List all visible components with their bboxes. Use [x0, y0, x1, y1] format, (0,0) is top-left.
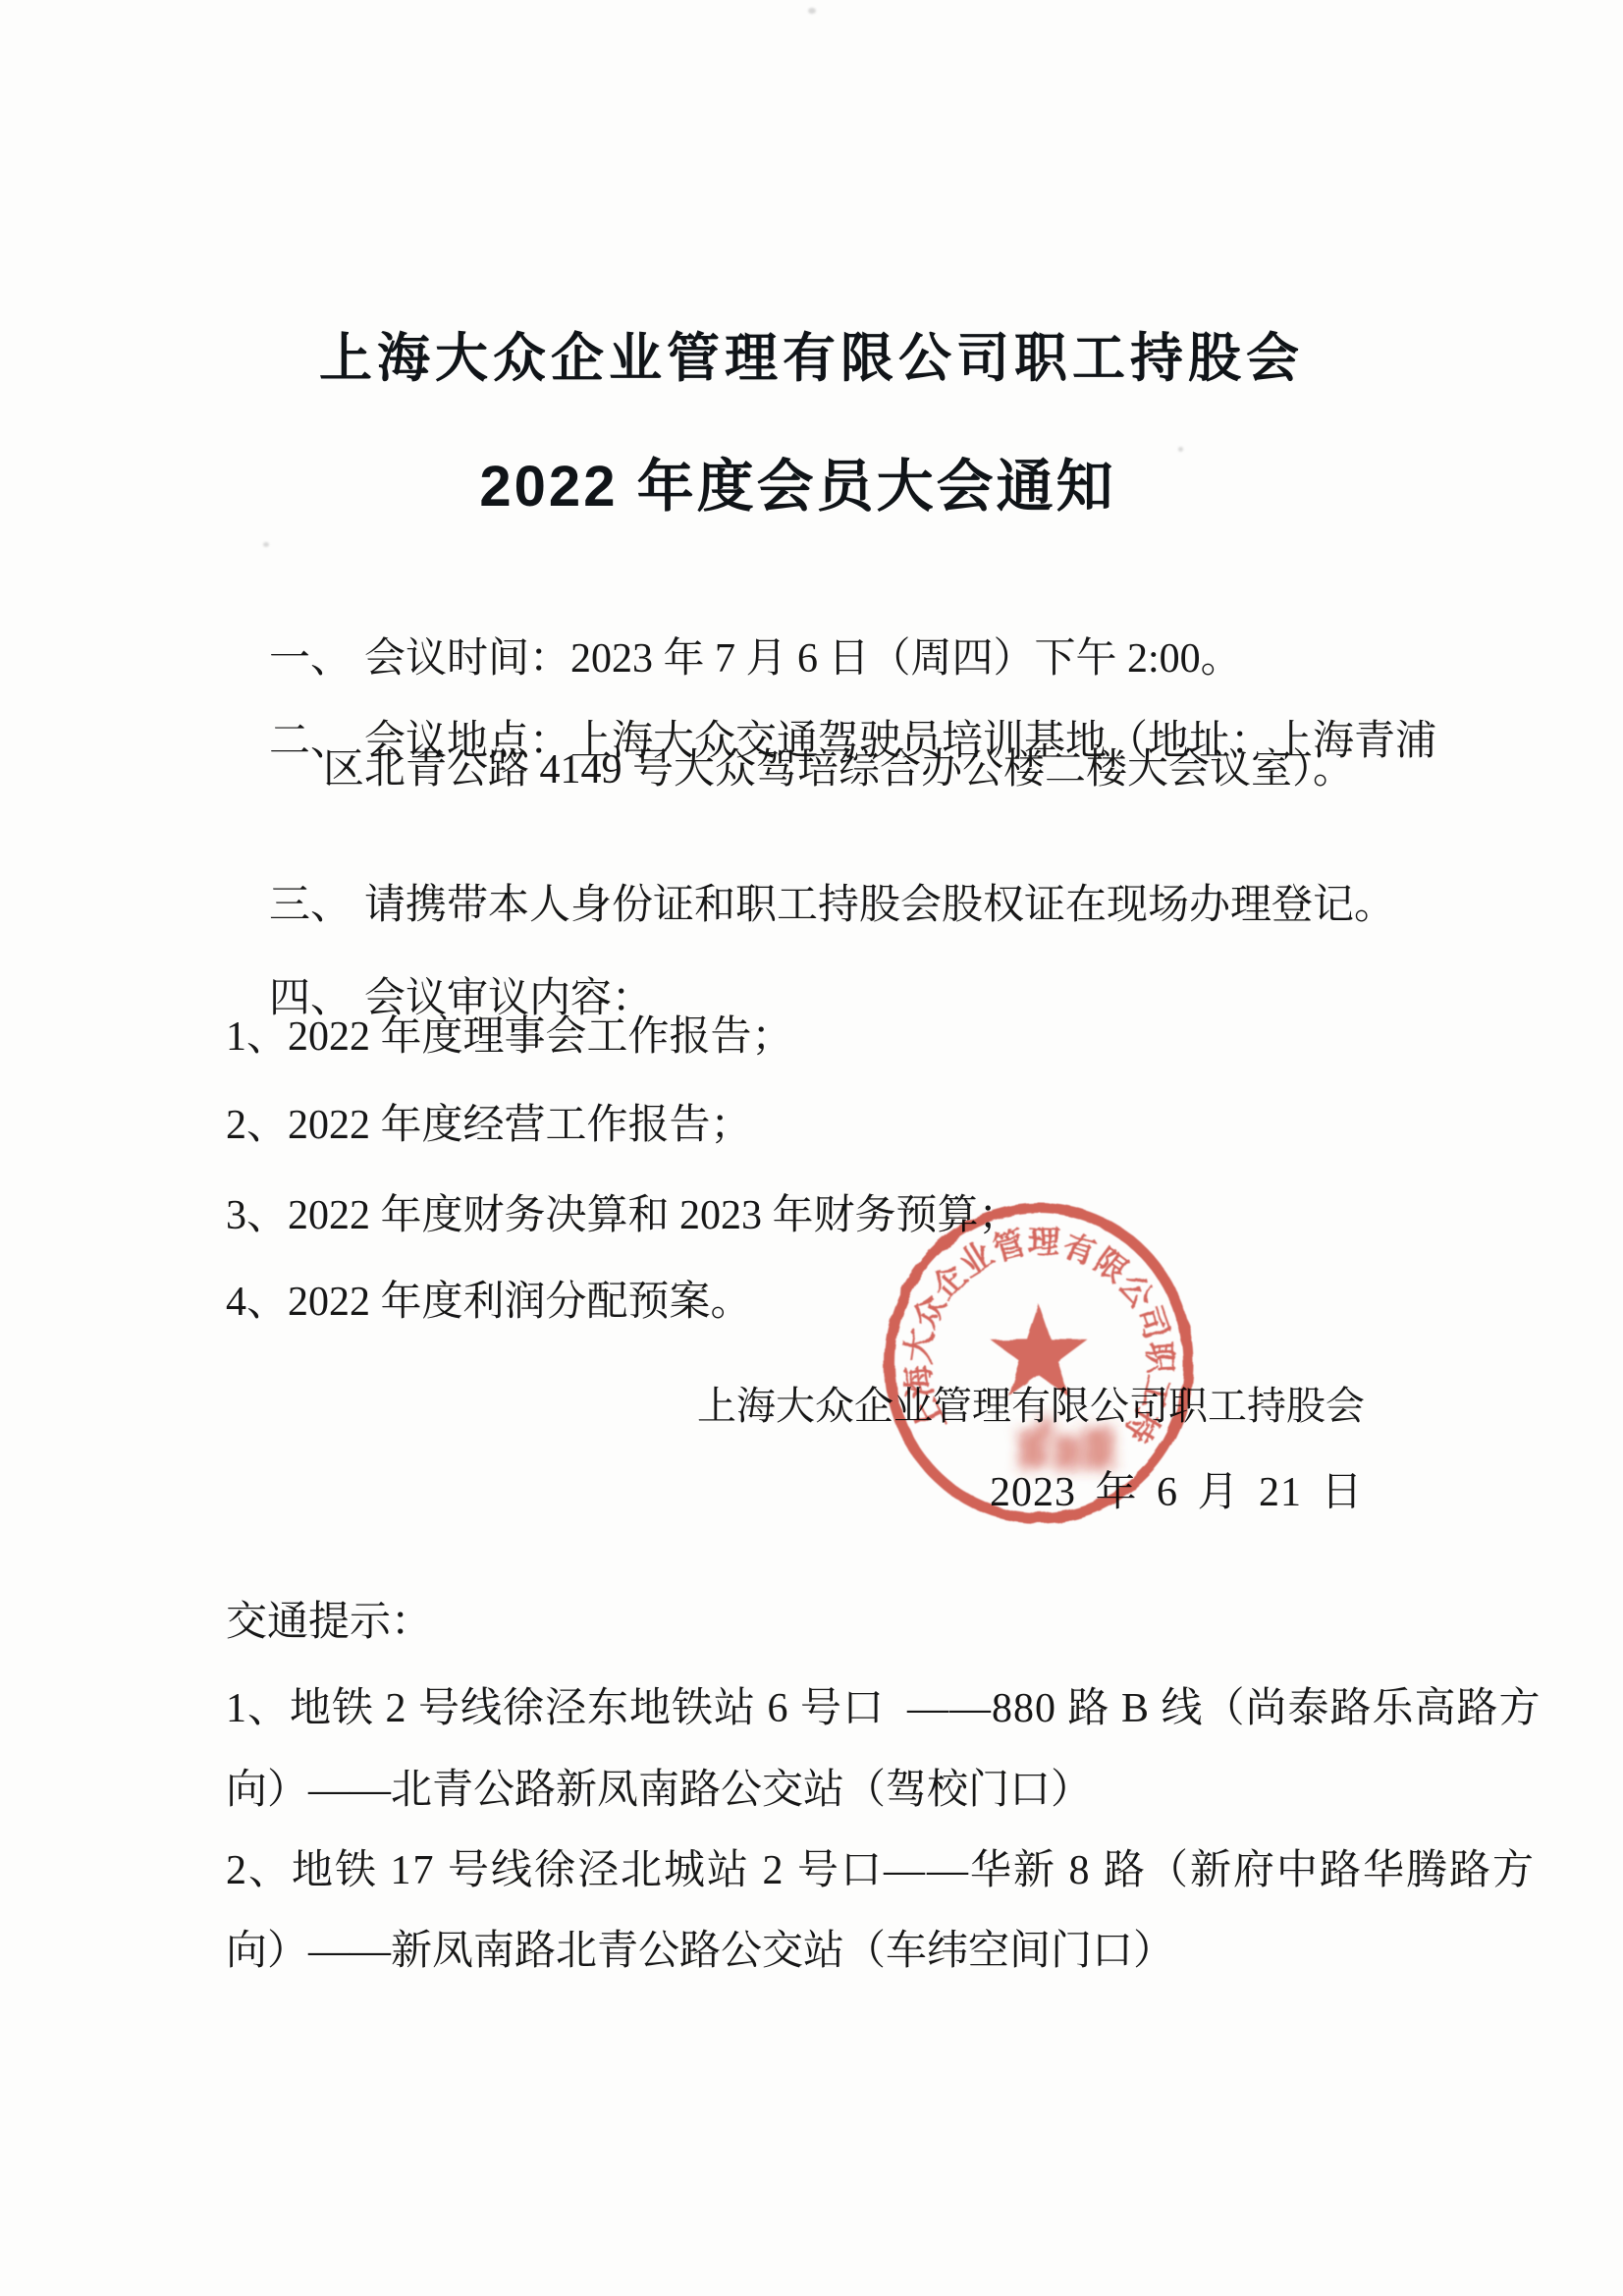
traffic-line-1-continuation: 向）——北青公路新凤南路公交站（驾校门口）: [226, 1765, 1092, 1817]
document-page: 上海大众企业管理有限公司职工持股会 2022 年度会员大会通知 一、会议时间：2…: [0, 0, 1623, 2296]
traffic-heading: 交通提示：: [226, 1597, 432, 1649]
document-title: 上海大众企业管理有限公司职工持股会: [0, 316, 1623, 392]
document-subtitle: 2022 年度会员大会通知: [0, 440, 1596, 522]
agenda-item-2-continuation: 区北青公路 4149 号大众驾培综合办公楼二楼大会议室）。: [323, 744, 1354, 796]
review-item-1: 1、2022 年度理事会工作报告；: [226, 1011, 793, 1064]
review-item-2: 2、2022 年度经营工作报告；: [226, 1100, 752, 1152]
seal-ring-text: 上海大众企业管理有限公司职工持股会: [872, 1191, 1179, 1449]
seal-bottom-smudge: [1019, 1417, 1113, 1470]
scan-speck: [808, 8, 816, 14]
scan-speck: [1178, 447, 1183, 452]
traffic-line-2: 2、地铁 17 号线徐泾北城站 2 号口——华新 8 路（新府中路华腾路方: [226, 1845, 1536, 1897]
seal-star-icon: [991, 1304, 1088, 1396]
review-item-4: 4、2022 年度利润分配预案。: [226, 1277, 752, 1329]
scan-speck: [263, 542, 269, 547]
traffic-line-1: 1、地铁 2 号线徐泾东地铁站 6 号口 ——880 路 B 线（尚泰路乐高路方: [226, 1683, 1542, 1735]
traffic-line-2-continuation: 向）——新凤南路北青公路公交站（车纬空间门口）: [226, 1926, 1174, 1978]
company-seal-stamp: 上海大众企业管理有限公司职工持股会: [872, 1191, 1206, 1535]
